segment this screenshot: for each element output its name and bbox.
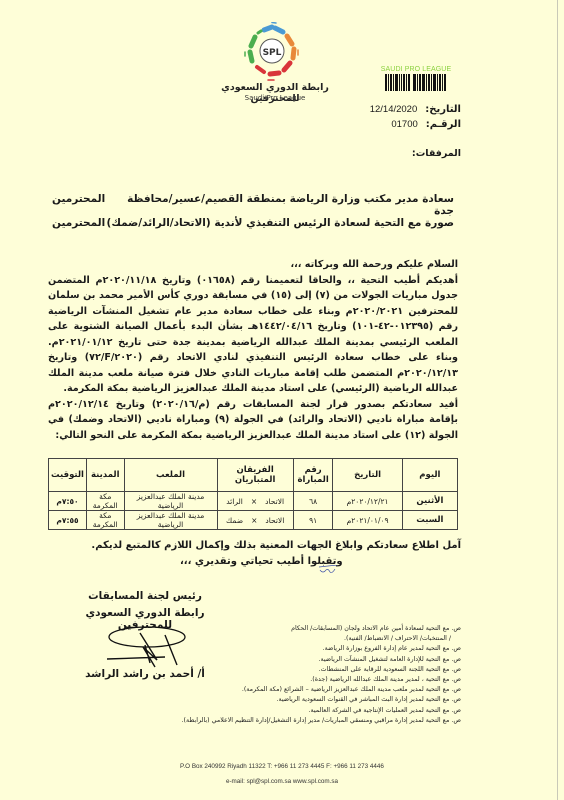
signatory-title: رئيس لجنة المسابقات: [60, 590, 230, 602]
carbon-copy-list: ص. مع التحية لسعادة أمين عام الاتحاد ولج…: [156, 624, 461, 726]
org-name-english: Saudi Pro League: [200, 94, 350, 102]
addressee-honorific: المحترمين: [52, 217, 105, 229]
cc-item: ص. مع التحية للإدارة العامة لتشغيل المنش…: [156, 655, 461, 665]
addressee-text: سعادة مدير مكتب وزارة الرياضة بمنطقة الق…: [105, 193, 454, 217]
cell-teams: الاتحاد×ضمك: [217, 511, 293, 530]
barcode-block: SAUDI PRO LEAGUE: [376, 66, 456, 91]
letter-page: SPL رابطة الدوري السعودي للمحترفين Saudi…: [0, 0, 564, 800]
reference-number-value: 01700: [391, 119, 417, 130]
svg-text:SPL: SPL: [263, 48, 282, 58]
home-team: الاتحاد: [265, 516, 284, 525]
cell-day: السبت: [402, 511, 457, 530]
cell-city: مكة المكرمة: [87, 511, 125, 530]
versus-icon: ×: [251, 516, 257, 525]
barcode-caption: SAUDI PRO LEAGUE: [376, 66, 456, 73]
date-value: 12/14/2020: [370, 104, 418, 115]
cell-stadium: مدينة الملك عبدالعزيز الرياضية: [124, 492, 217, 511]
cc-item: ص. مع التحية لمدير عام إدارة الفروع بوزا…: [156, 644, 461, 654]
addressee-primary: سعادة مدير مكتب وزارة الرياضة بمنطقة الق…: [52, 193, 454, 217]
cell-day: الأثنين: [402, 492, 457, 511]
cc-item: ص. مع التحية ، لمدير مدينة الملك عبدالله…: [156, 675, 461, 685]
cell-teams: الاتحاد×الرائد: [217, 492, 293, 511]
table-row: السبت ٢٠٢١/٠١/٠٩م ٩١ الاتحاد×ضمك مدينة ا…: [49, 511, 458, 530]
reference-number-label: الرقـم:: [426, 119, 461, 130]
addressee-text: صورة مع التحية لسعادة الرئيس التنفيذي لأ…: [107, 217, 454, 229]
date-label: التاريخ:: [425, 104, 461, 115]
cc-item: / المنتخبات/ الاحتراف / الانضباط/ الفنية…: [156, 634, 461, 644]
footer-address: P.O Box 240992 Riyadh 11322 T: +966 11 2…: [0, 763, 564, 770]
date-row: التاريخ: 12/14/2020: [370, 104, 461, 115]
header-time: التوقيت: [49, 459, 87, 492]
cell-date: ٢٠٢٠/١٢/٢١م: [333, 492, 402, 511]
cell-time: ٧:٥٠م: [49, 492, 87, 511]
body-paragraph-2: أفيد سعادتكم بصدور قرار لجنة المسابقات ر…: [48, 397, 458, 444]
cc-item: ص. مع التحية لمدير العمليات الإنتاجية في…: [156, 706, 461, 716]
header-stadium: الملعب: [124, 459, 217, 492]
table-row: الأثنين ٢٠٢٠/١٢/٢١م ٦٨ الاتحاد×الرائد مد…: [49, 492, 458, 511]
cc-item: ص. مع التحية لمدير ملعب مدينة الملك عبدا…: [156, 685, 461, 695]
away-team: ضمك: [226, 516, 243, 525]
handwritten-initials-icon: [318, 565, 338, 575]
greeting: السلام عليكم ورحمة الله وبركاته ،،،: [48, 257, 458, 273]
table-header-row: اليوم التاريخ رقم المباراة الفريقان المت…: [49, 459, 458, 492]
header-city: المدينة: [87, 459, 125, 492]
away-team: الرائد: [226, 497, 243, 506]
versus-icon: ×: [251, 497, 257, 506]
cc-item: ص. مع التحية لمدير إدارة مراقبي ومنسقي ا…: [156, 716, 461, 726]
header-teams: الفريقان المتباريان: [217, 459, 293, 492]
reference-number-row: الرقـم: 01700: [391, 119, 461, 130]
body-paragraph-1: أهديكم أطيب التحية ،، والحاقا لتعميمنا ر…: [48, 273, 458, 397]
closing-request: آمل اطلاع سعادتكم وابلاغ الجهات المعنية …: [91, 540, 461, 551]
addressee-honorific: المحترمين: [52, 193, 105, 217]
cell-city: مكة المكرمة: [87, 492, 125, 511]
barcode-icon: [376, 74, 456, 91]
cc-item: ص. مع التحية لسعادة أمين عام الاتحاد ولج…: [156, 624, 461, 634]
home-team: الاتحاد: [265, 497, 284, 506]
match-schedule-table: اليوم التاريخ رقم المباراة الفريقان المت…: [48, 458, 458, 530]
cell-time: ٧:٥٥م: [49, 511, 87, 530]
header-date: التاريخ: [333, 459, 402, 492]
cell-match-no: ٩١: [293, 511, 333, 530]
header-day: اليوم: [402, 459, 457, 492]
spl-logo-icon: SPL: [242, 22, 302, 82]
attachments-label: المرفقات:: [412, 148, 461, 159]
addressee-copy: صورة مع التحية لسعادة الرئيس التنفيذي لأ…: [52, 217, 454, 229]
header-match-no: رقم المباراة: [293, 459, 333, 492]
cell-stadium: مدينة الملك عبدالعزيز الرياضية: [124, 511, 217, 530]
page-edge-divider: [557, 0, 558, 800]
footer-contact: e-mail: spl@spl.com.sa www.spl.com.sa: [0, 778, 564, 785]
cc-item: ص. مع التحية لمدير إدارة البث المباشر في…: [156, 695, 461, 705]
cc-item: ص. مع التحية اللجنة السعودية للرقابة على…: [156, 665, 461, 675]
cell-match-no: ٦٨: [293, 492, 333, 511]
letter-body: السلام عليكم ورحمة الله وبركاته ،،، أهدي…: [48, 257, 458, 443]
cell-date: ٢٠٢١/٠١/٠٩م: [333, 511, 402, 530]
